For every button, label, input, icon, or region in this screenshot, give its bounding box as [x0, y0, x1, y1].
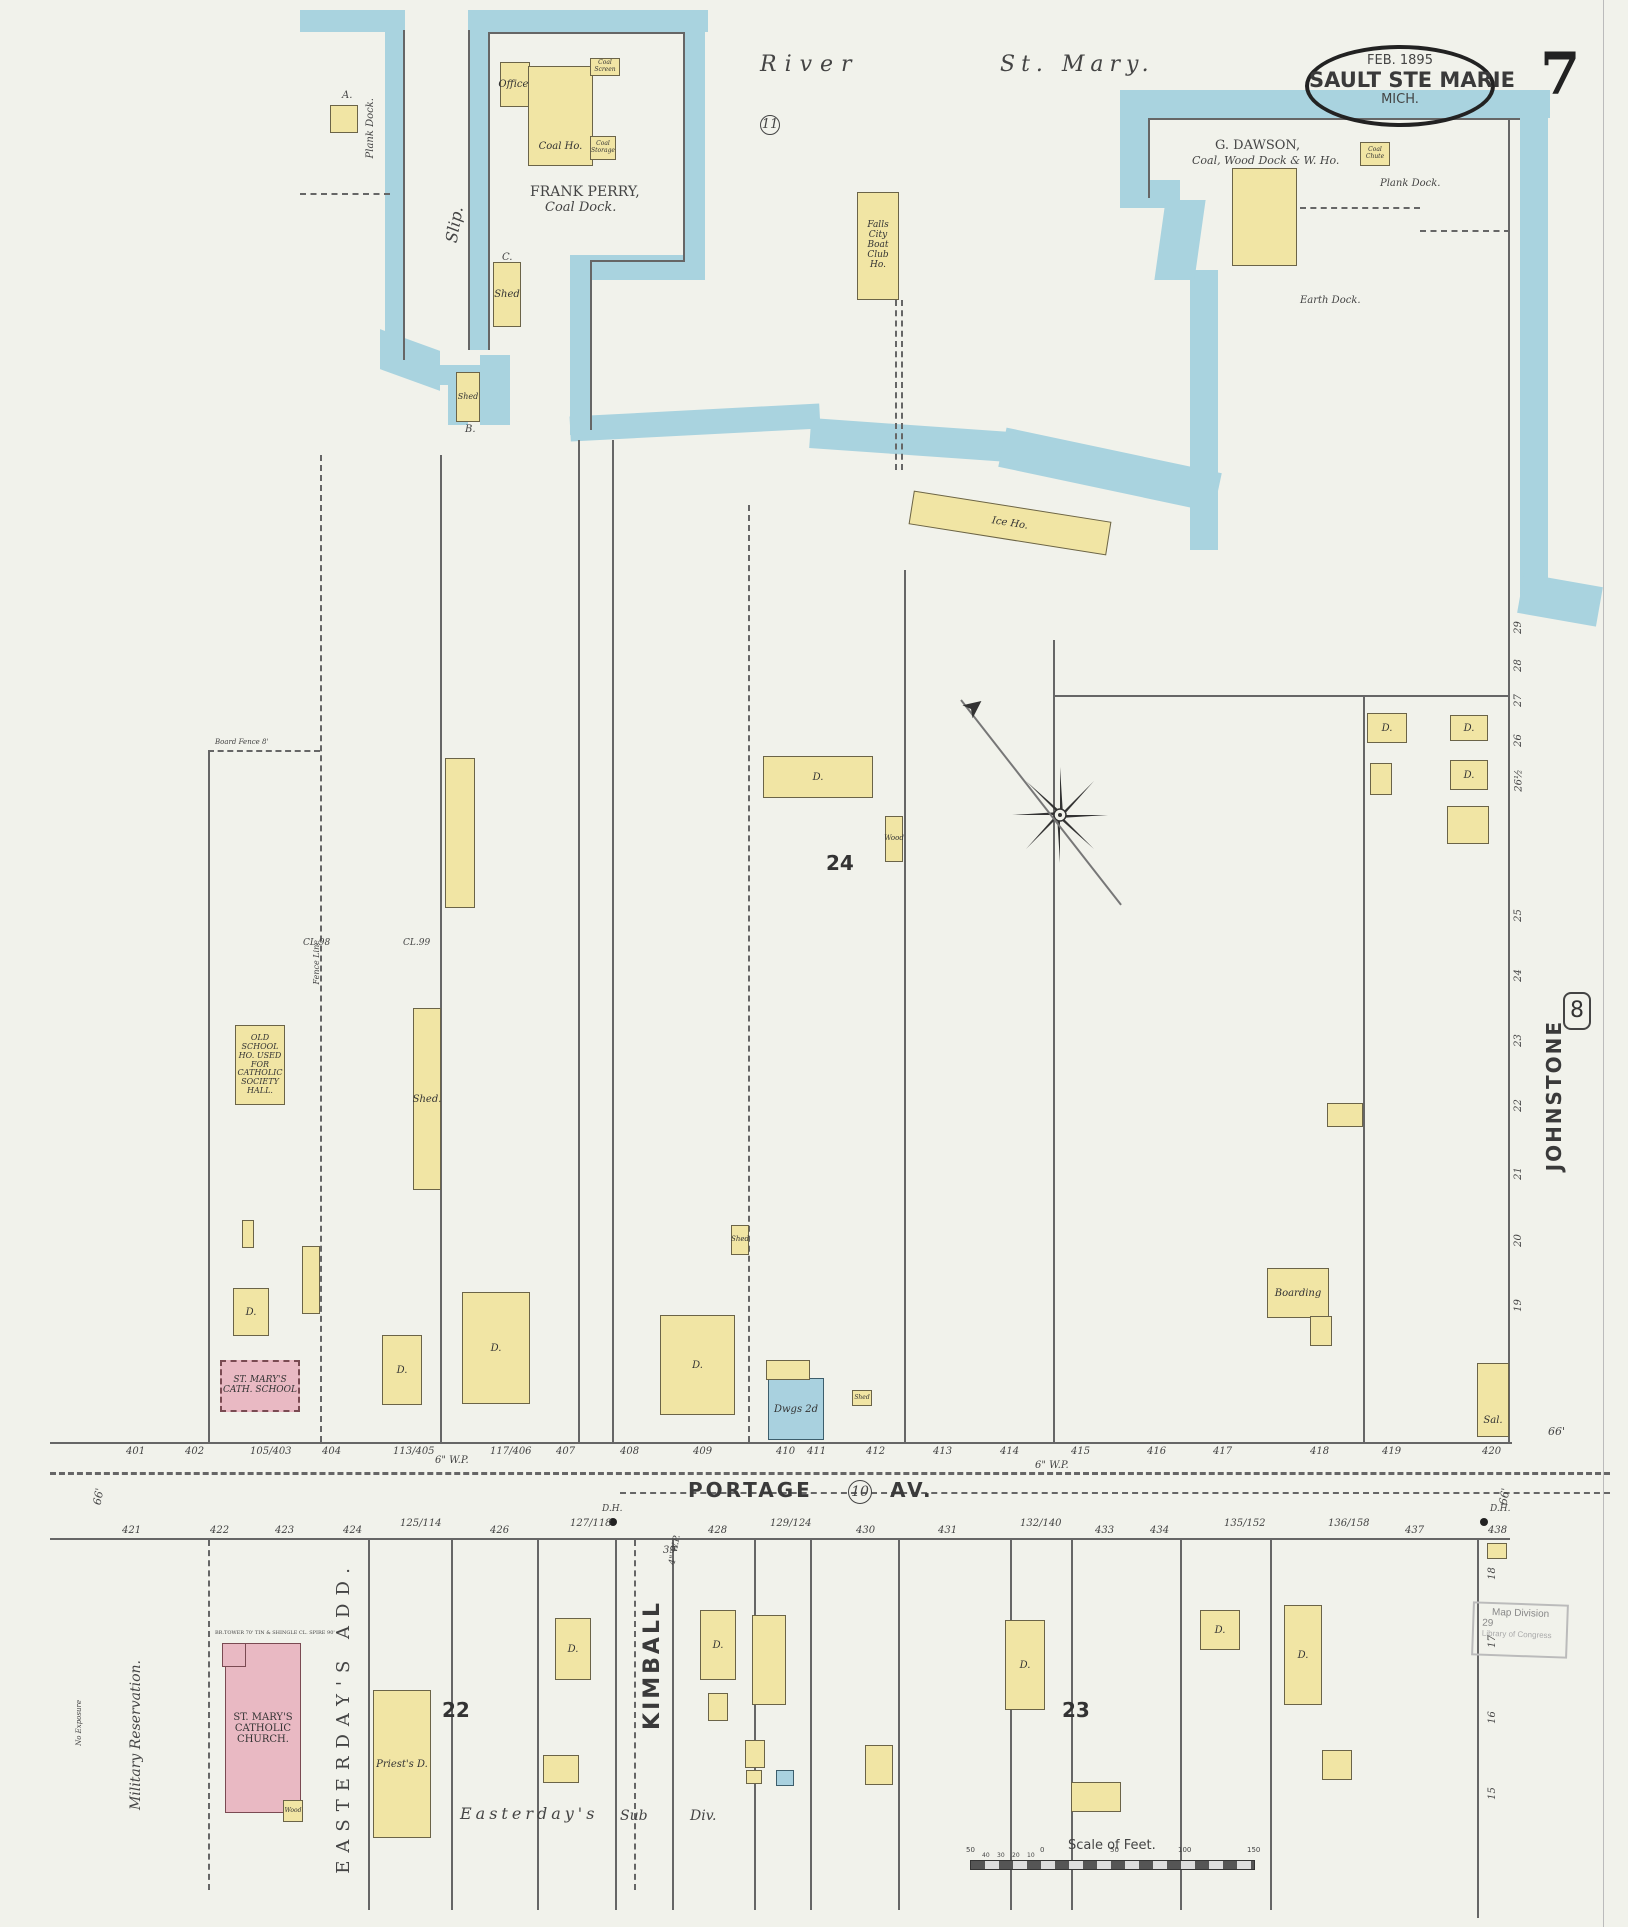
ice-house: Ice Ho.	[909, 491, 1112, 556]
office-building: Office.	[500, 62, 530, 107]
st-marys-school: ST. MARY'S CATH. SCHOOL	[220, 1360, 300, 1412]
dawson-warehouse	[1232, 168, 1297, 266]
outbuilding-26-half	[1370, 763, 1392, 795]
map-date: FEB. 1895	[1309, 53, 1491, 68]
wood-shed: Wood	[885, 816, 903, 862]
boarding-annex	[1310, 1316, 1332, 1346]
hydrant-icon	[1480, 1518, 1488, 1526]
shed: Shed	[852, 1390, 872, 1406]
block-number-23: 23	[1062, 1698, 1090, 1722]
church-tower	[222, 1643, 246, 1667]
catholic-society-hall: OLD SCHOOL HO. USED FOR CATHOLIC SOCIETY…	[235, 1025, 285, 1105]
plank-dock-right: Plank Dock.	[1380, 178, 1440, 189]
outbuilding	[745, 1740, 765, 1768]
outbuilding	[746, 1770, 762, 1784]
military-reservation-label: Military Reservation.	[128, 1660, 144, 1810]
outbuilding	[302, 1246, 320, 1314]
dwelling: D.	[1200, 1610, 1240, 1650]
stone-outbuilding	[776, 1770, 794, 1786]
boarding-house: Boarding	[1267, 1268, 1329, 1318]
outbuilding-418-half	[1327, 1103, 1363, 1127]
outbuilding-436-half	[1322, 1750, 1352, 1780]
dwelling: D.	[233, 1288, 269, 1336]
dwelling	[752, 1615, 786, 1705]
outbuilding	[708, 1693, 728, 1721]
outbuilding	[1071, 1782, 1121, 1812]
frank-perry-label: FRANK PERRY,	[530, 184, 640, 200]
easterdays-sub-label: Easterday's	[460, 1804, 598, 1823]
outbuilding	[1447, 806, 1489, 844]
north-arrow-icon: ➤	[956, 688, 992, 725]
dwelling-406-half	[445, 758, 475, 908]
wood-shed: Wood	[283, 1800, 303, 1822]
river-label-2: St. Mary.	[1000, 52, 1155, 77]
dwelling: D.	[700, 1610, 736, 1680]
coal-house: Coal Ho.	[528, 66, 593, 166]
outbuilding-430-half	[865, 1745, 893, 1785]
dwelling: D.	[1284, 1605, 1322, 1705]
easterdays-add-label: EASTERDAY'S ADD.	[333, 1560, 354, 1874]
section-marker-10: 10	[848, 1480, 872, 1504]
dwelling-409: D.	[660, 1315, 735, 1415]
coal-screen: Coal Screen	[590, 58, 620, 76]
block-number-22: 22	[442, 1698, 470, 1722]
street-portage-suffix: AV.	[890, 1478, 934, 1502]
earth-dock: Earth Dock.	[1300, 295, 1361, 306]
outbuilding	[242, 1220, 254, 1248]
dwellings-vacant: Dwgs 2d	[768, 1378, 824, 1440]
shed-b: Shed	[456, 372, 480, 422]
building-a	[330, 105, 358, 133]
map-state: MICH.	[1309, 92, 1491, 107]
street-johnstone: JOHNSTONE	[1542, 1020, 1566, 1171]
dwelling-large: D.	[462, 1292, 530, 1404]
dwelling-27-half: D.	[1367, 713, 1407, 743]
coal-storage: Coal Storage	[590, 136, 616, 160]
sheet-number: 7	[1540, 40, 1580, 108]
shed-c: Shed	[493, 262, 521, 327]
scale-bar	[970, 1860, 1255, 1870]
shed	[1487, 1543, 1507, 1559]
dwelling-rr: D.	[763, 756, 873, 798]
dawson-label: G. DAWSON,	[1215, 138, 1300, 153]
shed-small: Shed	[731, 1225, 749, 1255]
long-shed: Shed.	[413, 1008, 441, 1190]
coal-chute: Coal Chute	[1360, 142, 1390, 166]
title-cartouche: FEB. 1895 SAULT STE MARIE MICH.	[1305, 45, 1495, 127]
dwelling: D.	[1450, 715, 1488, 741]
no-exposure-label: No Exposure	[75, 1700, 83, 1746]
slip-label: Slip.	[442, 205, 467, 244]
street-kimball: KIMBALL	[640, 1600, 665, 1730]
plank-dock-left: Plank Dock.	[365, 98, 376, 158]
frank-perry-label-2: Coal Dock.	[545, 200, 616, 215]
dwelling: D.	[1450, 760, 1488, 790]
street-portage: PORTAGE	[688, 1478, 813, 1502]
boat-club-house: Falls City Boat Club Ho.	[857, 192, 899, 300]
dawson-label-2: Coal, Wood Dock & W. Ho.	[1192, 154, 1339, 167]
dwelling: D.	[555, 1618, 591, 1680]
st-marys-catholic-church: ST. MARY'S CATHOLIC CHURCH.	[225, 1643, 301, 1813]
outbuilding-427-half	[543, 1755, 579, 1783]
map-city: SAULT STE MARIE	[1309, 68, 1491, 92]
saloon: Sal.	[1477, 1363, 1509, 1437]
adjoining-sheet-marker: 8	[1563, 992, 1591, 1030]
porch	[766, 1360, 810, 1380]
dwelling: D.	[382, 1335, 422, 1405]
section-marker-11: 11	[760, 115, 780, 135]
river-label: River	[760, 52, 860, 77]
block-number-24: 24	[826, 851, 854, 875]
sanborn-map-sheet: River St. Mary. Slip. 11 FEB. 1895 SAULT…	[0, 0, 1628, 1927]
dwelling: D.	[1005, 1620, 1045, 1710]
library-stamp: Map Division 29 Library of Congress	[1471, 1601, 1569, 1658]
priests-dwelling: Priest's D.	[373, 1690, 431, 1838]
